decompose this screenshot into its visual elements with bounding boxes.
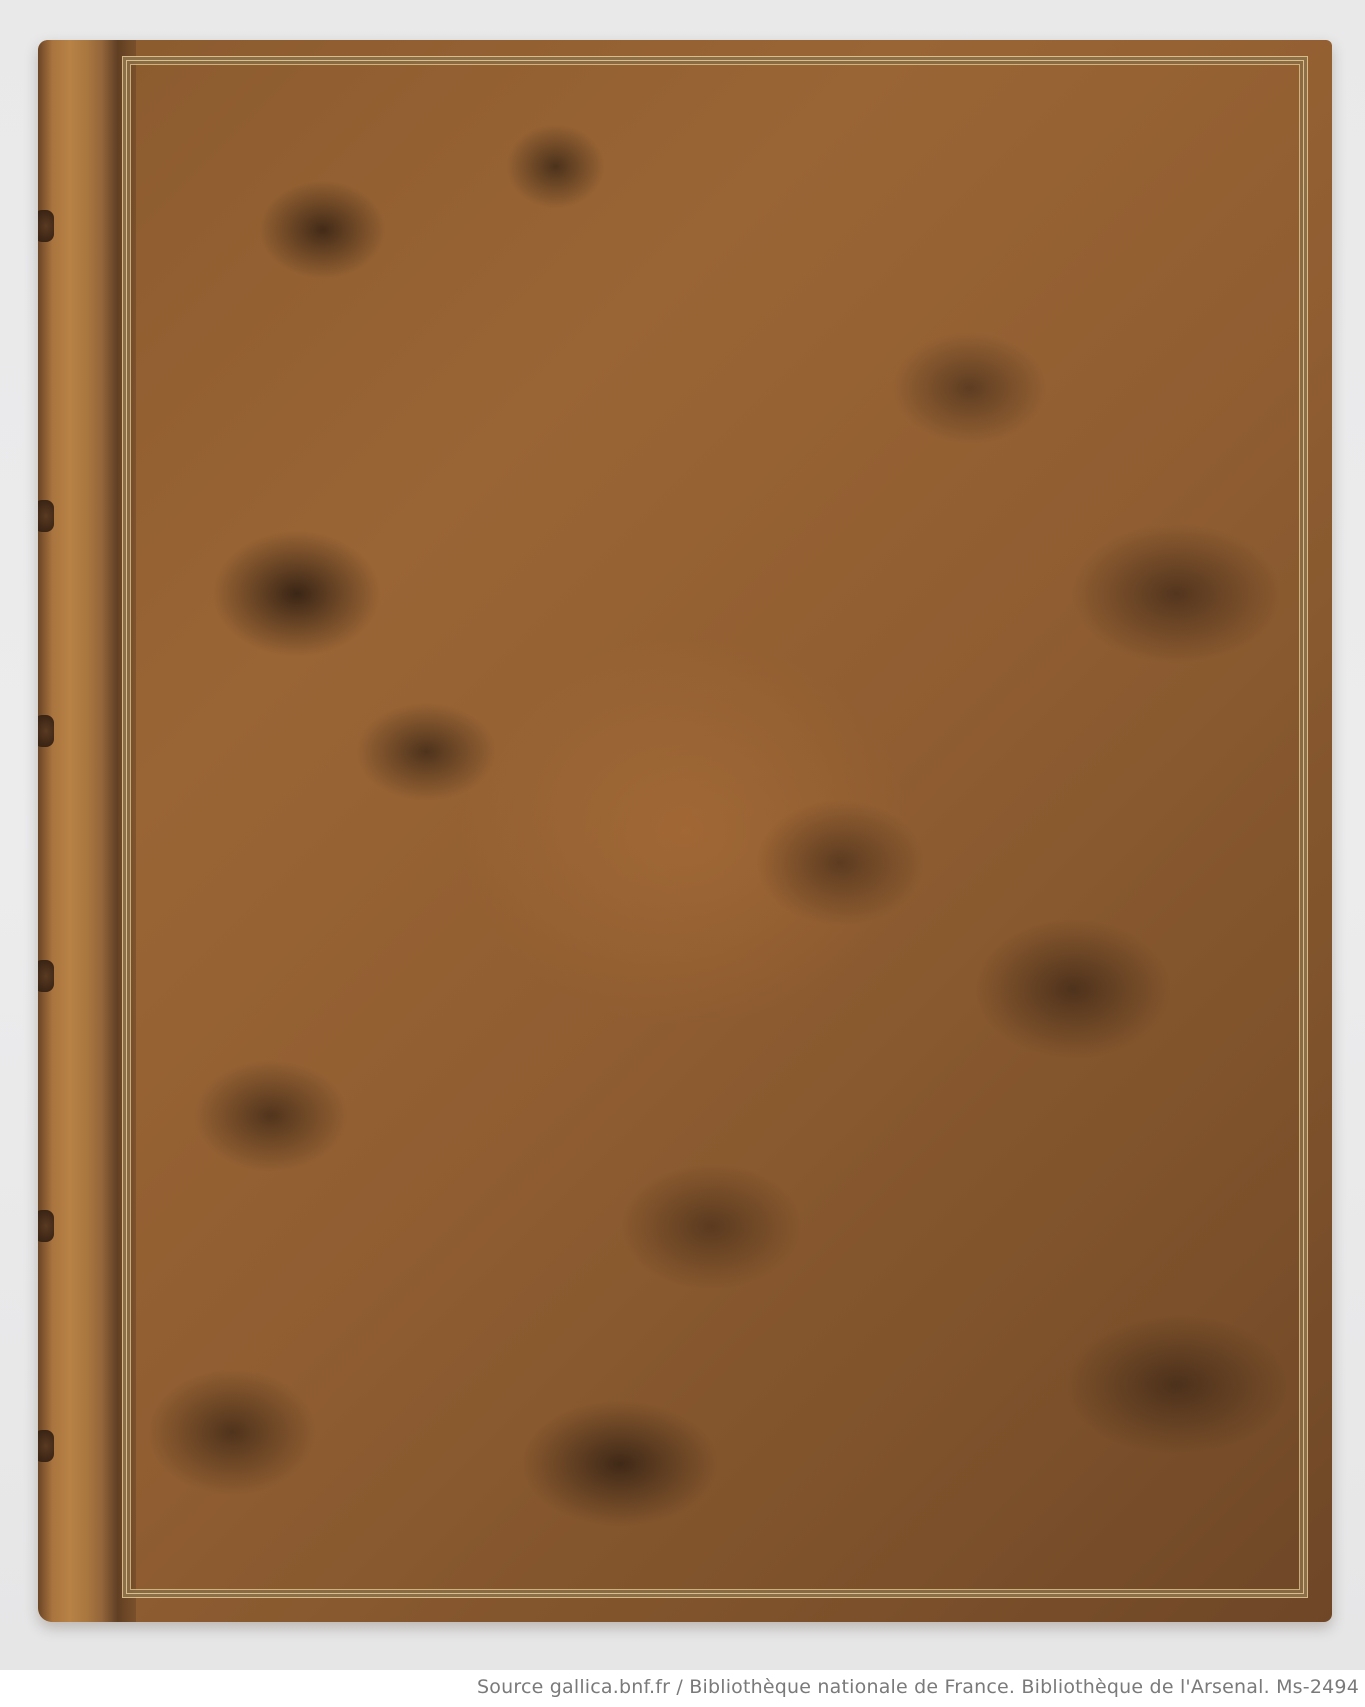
photograph xyxy=(0,0,1365,1670)
book-spine xyxy=(38,40,118,1622)
source-caption: Source gallica.bnf.fr / Bibliothèque nat… xyxy=(477,1676,1359,1698)
spine-band xyxy=(38,1210,54,1242)
book-cover xyxy=(38,40,1332,1622)
spine-band xyxy=(38,210,54,242)
spine-hinge xyxy=(118,40,136,1622)
spine-band xyxy=(38,1430,54,1462)
spine-band xyxy=(38,715,54,747)
spine-band xyxy=(38,500,54,532)
spine-band xyxy=(38,960,54,992)
gilt-border-frame xyxy=(122,56,1308,1598)
caption-strip: Source gallica.bnf.fr / Bibliothèque nat… xyxy=(0,1670,1365,1707)
